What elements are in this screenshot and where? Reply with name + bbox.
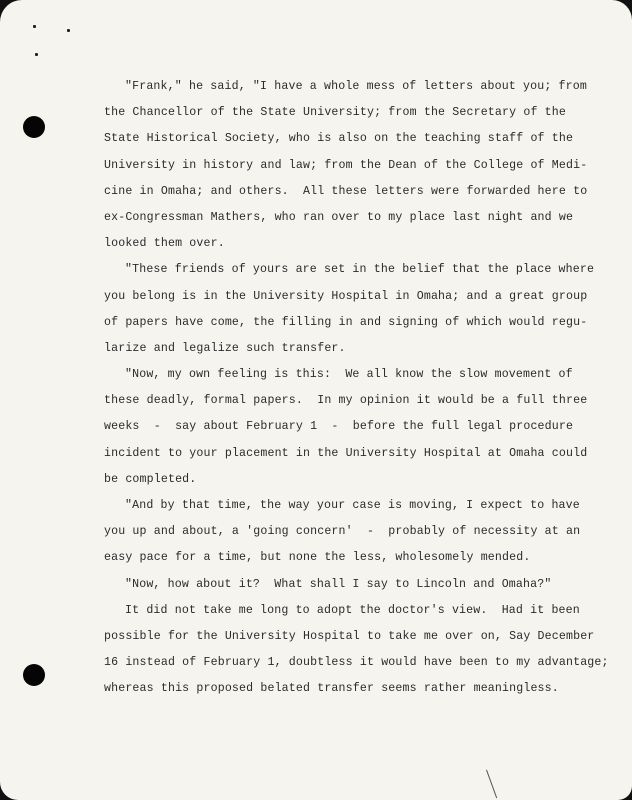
text-line: whereas this proposed belated transfer s… (104, 676, 604, 702)
text-line: you up and about, a 'going concern' - pr… (104, 519, 604, 545)
text-line: possible for the University Hospital to … (104, 624, 604, 650)
text-line: of papers have come, the filling in and … (104, 310, 604, 336)
text-line: University in history and law; from the … (104, 153, 604, 179)
punch-hole-bottom (23, 664, 45, 686)
ink-speck (67, 29, 70, 32)
ink-speck (33, 25, 36, 28)
text-line: be completed. (104, 467, 604, 493)
text-line: incident to your placement in the Univer… (104, 441, 604, 467)
text-line: ex-Congressman Mathers, who ran over to … (104, 205, 604, 231)
text-line: "Now, my own feeling is this: We all kno… (104, 362, 604, 388)
text-line: easy pace for a time, but none the less,… (104, 545, 604, 571)
text-line: State Historical Society, who is also on… (104, 126, 604, 152)
text-line: looked them over. (104, 231, 604, 257)
punch-hole-top (23, 116, 45, 138)
ink-speck (35, 53, 38, 56)
text-line: 16 instead of February 1, doubtless it w… (104, 650, 604, 676)
text-line: the Chancellor of the State University; … (104, 100, 604, 126)
text-line: "Now, how about it? What shall I say to … (104, 572, 604, 598)
text-line: you belong is in the University Hospital… (104, 284, 604, 310)
text-line: It did not take me long to adopt the doc… (104, 598, 604, 624)
text-line: larize and legalize such transfer. (104, 336, 604, 362)
typewritten-body: "Frank," he said, "I have a whole mess o… (104, 74, 604, 703)
text-line: cine in Omaha; and others. All these let… (104, 179, 604, 205)
pencil-mark (486, 769, 499, 798)
text-line: "And by that time, the way your case is … (104, 493, 604, 519)
text-line: "Frank," he said, "I have a whole mess o… (104, 74, 604, 100)
text-line: weeks - say about February 1 - before th… (104, 414, 604, 440)
text-line: "These friends of yours are set in the b… (104, 257, 604, 283)
paper-page: "Frank," he said, "I have a whole mess o… (0, 0, 632, 800)
text-line: these deadly, formal papers. In my opini… (104, 388, 604, 414)
